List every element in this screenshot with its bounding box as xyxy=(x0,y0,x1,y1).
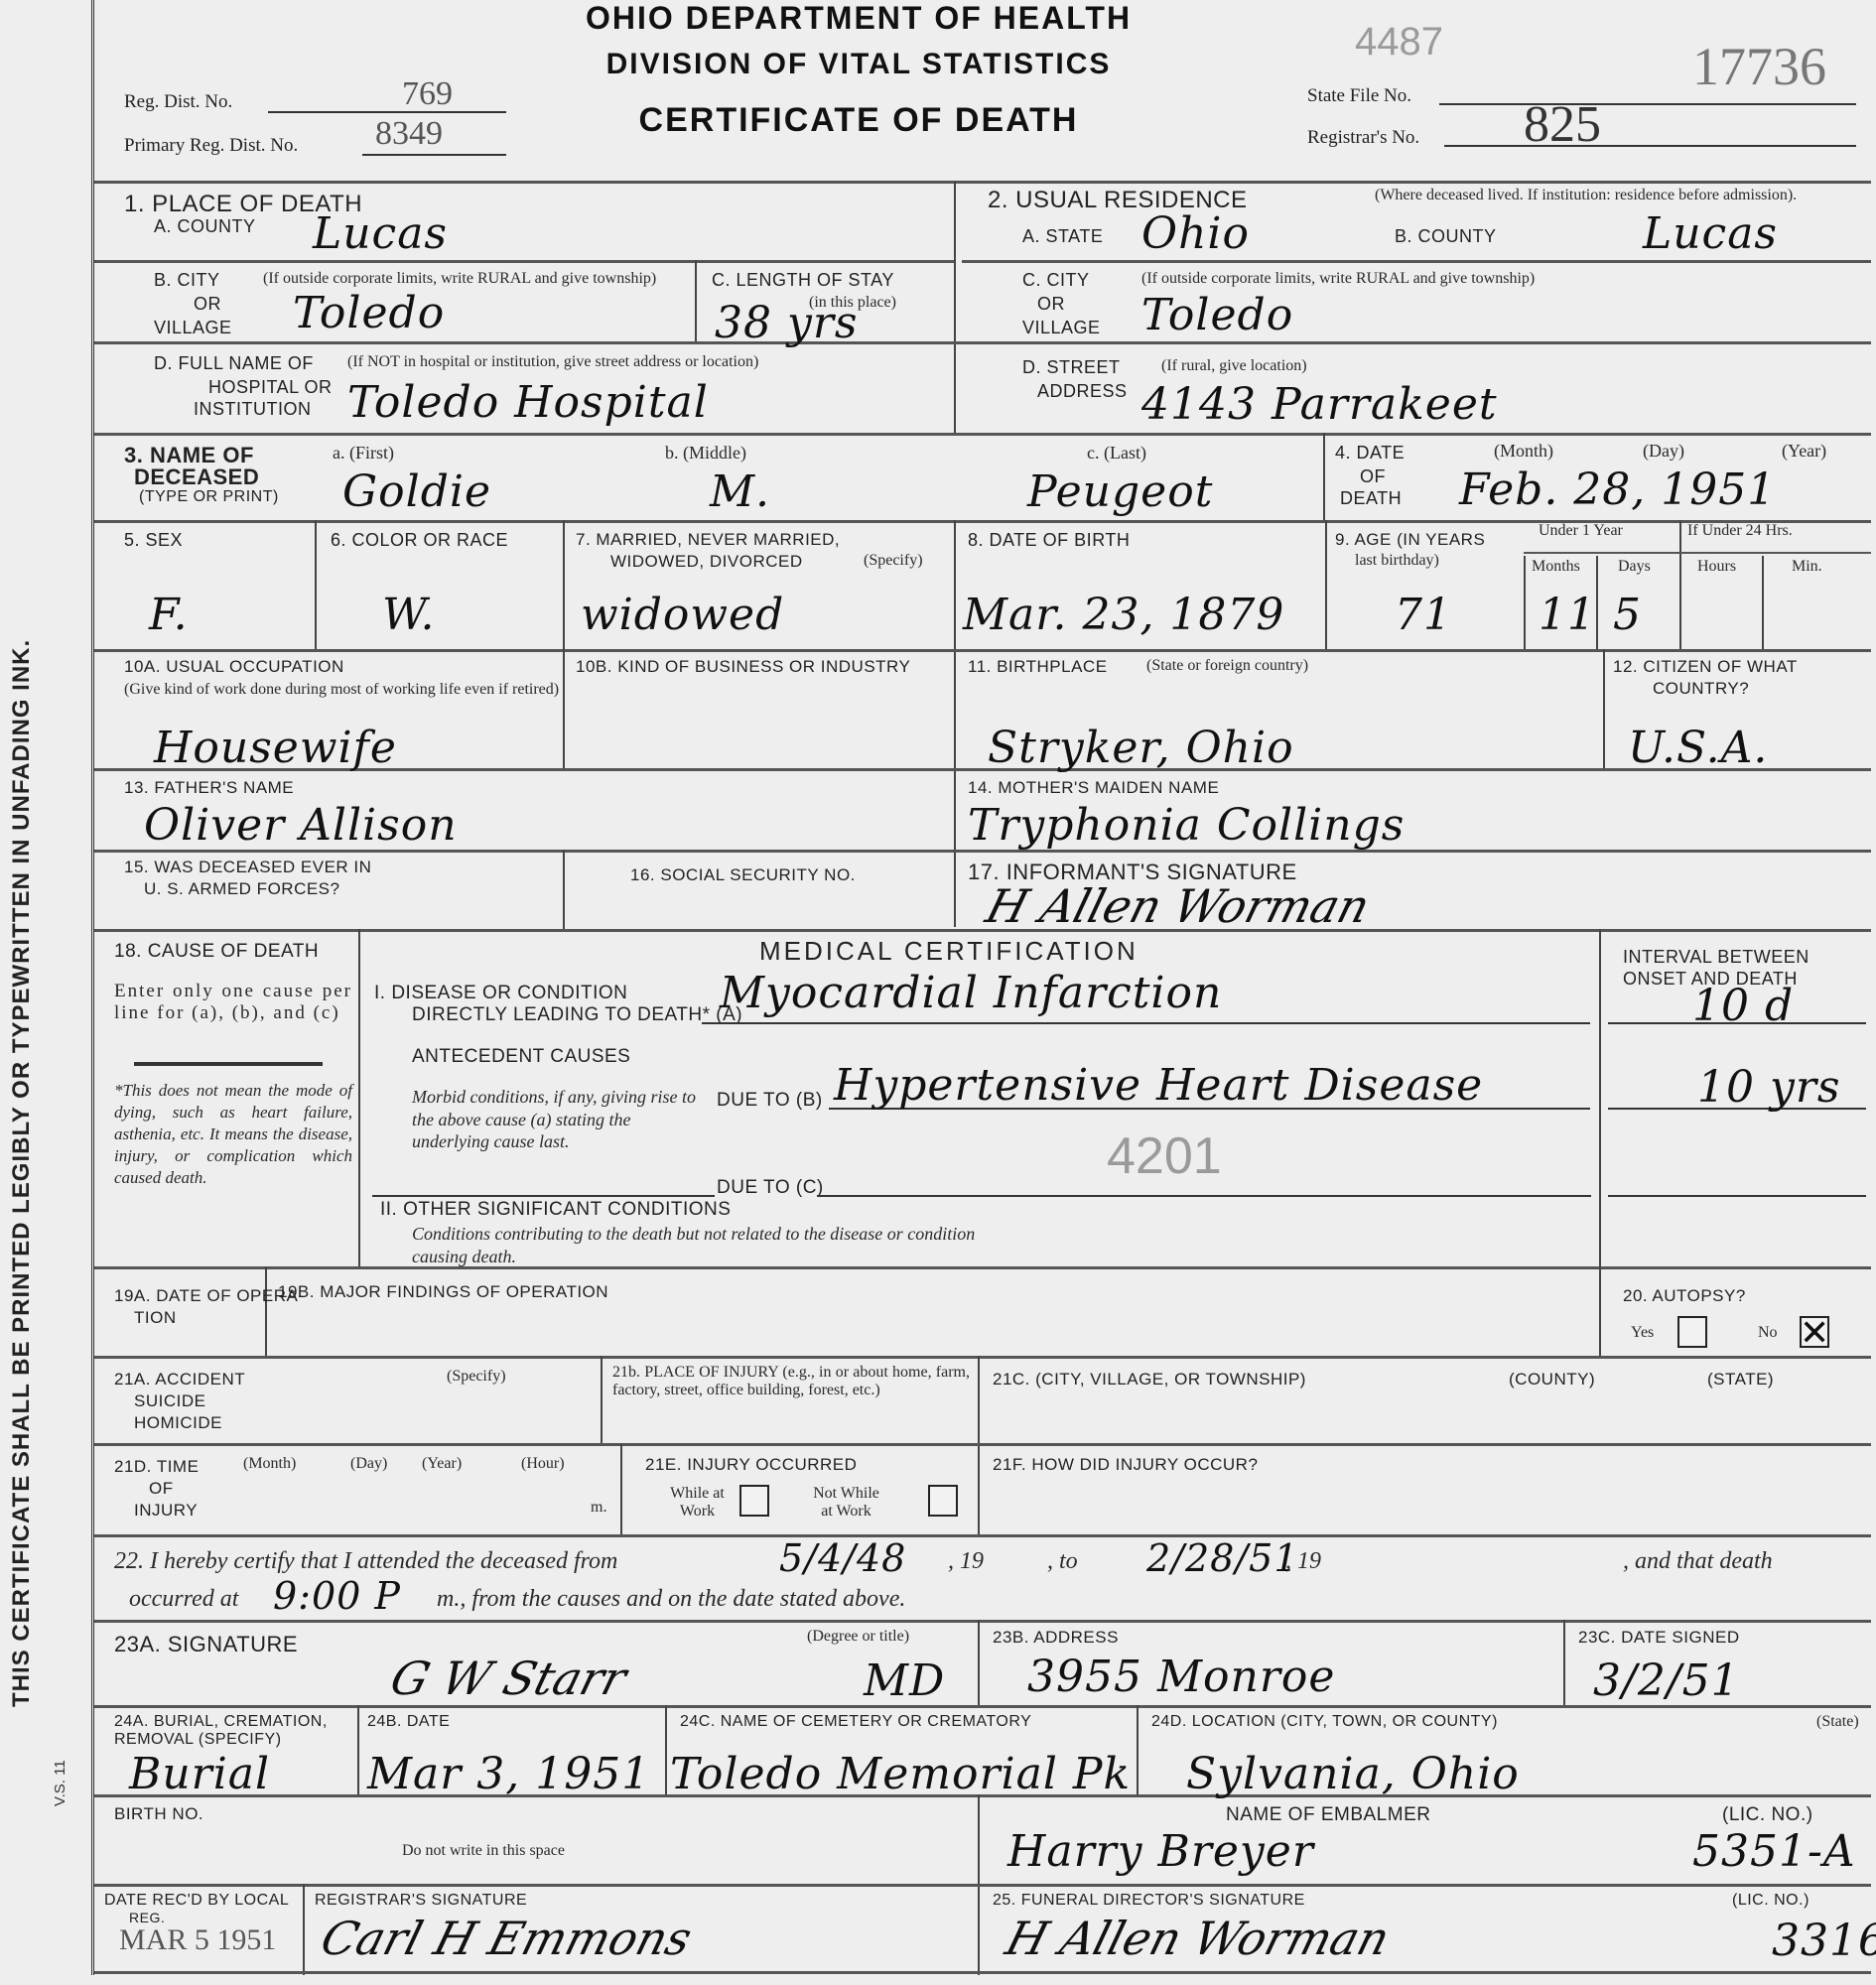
date-of-birth-value[interactable]: Mar. 23, 1879 xyxy=(963,590,1284,640)
mother-name-value[interactable]: Tryphonia Collings xyxy=(968,800,1405,851)
suicide-label: SUICIDE xyxy=(134,1391,205,1411)
city-hint: (If outside corporate limits, write RURA… xyxy=(263,270,680,288)
registrar-signature[interactable]: Carl H Emmons xyxy=(316,1912,698,1965)
funeral-director-signature[interactable]: H Allen Worman xyxy=(1001,1912,1396,1965)
citizen-value[interactable]: U.S.A. xyxy=(1628,723,1768,773)
months-value[interactable]: 11 xyxy=(1539,590,1596,640)
registrar-no-label: Registrar's No. xyxy=(1307,127,1419,149)
marital-label-2: WIDOWED, DIVORCED xyxy=(610,552,803,572)
mother-name-label: 14. MOTHER'S MAIDEN NAME xyxy=(968,778,1219,798)
injury-time-injury-label: INJURY xyxy=(134,1501,198,1521)
medical-certification-header: MEDICAL CERTIFICATION xyxy=(759,937,1139,967)
primary-reg-dist-value[interactable]: 8349 xyxy=(375,115,443,153)
usual-residence-hint: (Where deceased lived. If institution: r… xyxy=(1375,187,1861,204)
certificate-title: CERTIFICATE OF DEATH xyxy=(561,101,1156,140)
margin-instruction: THIS CERTIFICATE SHALL BE PRINTED LEGIBL… xyxy=(8,1677,36,1707)
year-label: (Year) xyxy=(1782,441,1826,462)
department-title: OHIO DEPARTMENT OF HEALTH xyxy=(561,0,1156,37)
injury-day-label: (Day) xyxy=(350,1455,387,1473)
pencil-cause-code: 4201 xyxy=(1107,1126,1222,1186)
cause-of-death-label: 18. CAUSE OF DEATH xyxy=(114,941,319,963)
occupation-value[interactable]: Housewife xyxy=(154,723,397,773)
burial-date-label: 24b. DATE xyxy=(367,1713,450,1731)
occupation-hint: (Give kind of work done during most of w… xyxy=(124,681,561,699)
injury-hour-label: (Hour) xyxy=(521,1455,565,1473)
funeral-lic-value[interactable]: 3316 xyxy=(1772,1916,1876,1966)
under-24-hrs-label: If Under 24 Hrs. xyxy=(1687,522,1793,540)
other-conditions-hint: Conditions contributing to the death but… xyxy=(412,1223,1007,1267)
injury-specify-label: (Specify) xyxy=(447,1368,506,1386)
attended-from-value[interactable]: 5/4/48 xyxy=(779,1536,906,1580)
autopsy-yes-label: Yes xyxy=(1631,1324,1654,1342)
degree-value[interactable]: MD xyxy=(864,1655,945,1706)
date-of-death-value[interactable]: Feb. 28, 1951 xyxy=(1459,464,1776,515)
attended-to-label: , to xyxy=(1047,1548,1078,1576)
street-label: d. STREET xyxy=(1022,357,1121,378)
middle-name-value[interactable]: M. xyxy=(710,466,770,517)
res-county-value[interactable]: Lucas xyxy=(1643,208,1778,259)
days-value[interactable]: 5 xyxy=(1613,590,1642,640)
res-city-label: c. CITY xyxy=(1022,270,1090,291)
min-label: Min. xyxy=(1792,558,1822,576)
reg-dist-value[interactable]: 769 xyxy=(402,75,453,113)
father-name-value[interactable]: Oliver Allison xyxy=(144,800,458,851)
date-signed-value[interactable]: 3/2/51 xyxy=(1593,1655,1740,1706)
race-label: 6. COLOR OR RACE xyxy=(331,530,508,551)
date-of-death-label: 4. DATE xyxy=(1335,443,1405,463)
division-title: DIVISION OF VITAL STATISTICS xyxy=(561,48,1156,81)
embalmer-label: NAME OF EMBALMER xyxy=(1226,1804,1430,1826)
autopsy-no-checkbox[interactable] xyxy=(1800,1316,1829,1348)
street-hint: (If rural, give location) xyxy=(1161,357,1307,375)
county-label: a. COUNTY xyxy=(154,216,256,237)
institution-label: INSTITUTION xyxy=(194,399,312,420)
form-code: V.S. 11 xyxy=(52,1760,68,1806)
part1-label-2: DIRECTLY LEADING TO DEATH* (a) xyxy=(412,1004,742,1026)
injury-county-label: (COUNTY) xyxy=(1509,1370,1595,1389)
burial-location-value[interactable]: Sylvania, Ohio xyxy=(1186,1749,1520,1799)
date-of-birth-label: 8. DATE OF BIRTH xyxy=(968,530,1130,551)
injury-time-of-label: OF xyxy=(149,1479,174,1499)
date-received-stamp: MAR 5 1951 xyxy=(119,1923,276,1957)
cause-b-value[interactable]: Hypertensive Heart Disease xyxy=(834,1060,1483,1111)
informant-signature[interactable]: H Allen Worman xyxy=(981,879,1376,933)
injury-time-label: 21d. TIME xyxy=(114,1457,199,1477)
ssn-label: 16. SOCIAL SECURITY NO. xyxy=(630,865,856,885)
res-city-hint: (If outside corporate limits, write RURA… xyxy=(1141,270,1535,288)
other-conditions-label: II. OTHER SIGNIFICANT CONDITIONS xyxy=(380,1199,731,1221)
physician-signature[interactable]: G W Starr xyxy=(385,1652,632,1705)
last-name-value[interactable]: Peugeot xyxy=(1027,466,1213,517)
injury-year-label: (Year) xyxy=(422,1455,462,1473)
type-or-print-label: (TYPE OR PRINT) xyxy=(139,488,279,506)
operation-date-label: 19a. DATE OF OPERA- xyxy=(114,1286,305,1306)
while-at-work-checkbox[interactable] xyxy=(739,1485,769,1517)
length-of-stay-value[interactable]: 38 yrs xyxy=(715,298,858,348)
citizen-label: 12. CITIZEN OF WHAT xyxy=(1613,657,1798,677)
due-to-b-label: DUE TO (b) xyxy=(717,1090,823,1112)
birth-no-label: BIRTH NO. xyxy=(114,1804,203,1824)
certify-text: 22. I hereby certify that I attended the… xyxy=(114,1548,617,1576)
physician-address-label: 23b. ADDRESS xyxy=(993,1628,1119,1648)
antecedent-causes-label: ANTECEDENT CAUSES xyxy=(412,1046,630,1068)
operation-findings-label: 19b. MAJOR FINDINGS OF OPERATION xyxy=(278,1282,608,1302)
days-label: Days xyxy=(1618,558,1651,576)
street-value[interactable]: 4143 Parrakeet xyxy=(1141,379,1498,430)
marital-hint: (Specify) xyxy=(864,552,923,570)
death-city-value[interactable]: Toledo xyxy=(293,288,445,338)
burial-date-value[interactable]: Mar 3, 1951 xyxy=(367,1749,650,1799)
interval-a-value[interactable]: 10 d xyxy=(1692,981,1794,1031)
physician-signature-label: 23a. SIGNATURE xyxy=(114,1632,298,1656)
age-label: 9. AGE (In years xyxy=(1335,530,1485,550)
deceased-label: DECEASED xyxy=(134,464,259,489)
state-file-value[interactable]: 17736 xyxy=(1692,36,1826,97)
part1-label: I. DISEASE OR CONDITION xyxy=(374,983,627,1004)
date-signed-label: 23c. DATE SIGNED xyxy=(1578,1628,1740,1648)
birthplace-hint: (State or foreign country) xyxy=(1146,657,1308,675)
months-label: Months xyxy=(1532,558,1580,576)
sex-label: 5. SEX xyxy=(124,530,183,551)
homicide-label: HOMICIDE xyxy=(134,1413,222,1433)
hospital-value[interactable]: Toledo Hospital xyxy=(347,377,709,428)
autopsy-no-label: No xyxy=(1758,1324,1778,1342)
cause-instruction: Enter only one cause per line for (a), (… xyxy=(114,981,352,1024)
res-county-label: b. COUNTY xyxy=(1395,226,1497,247)
injury-place-label: 21b. PLACE OF INJURY (e.g., in or about … xyxy=(612,1364,970,1400)
death-label: DEATH xyxy=(1340,488,1402,509)
sex-value[interactable]: F. xyxy=(149,590,189,640)
primary-reg-dist-label: Primary Reg. Dist. No. xyxy=(124,135,298,157)
res-village-label: VILLAGE xyxy=(1022,318,1101,338)
due-to-c-label: DUE TO (c) xyxy=(717,1177,824,1199)
pencil-note: 4487 xyxy=(1355,20,1443,65)
embalmer-lic-label: (LIC. NO.) xyxy=(1722,1804,1813,1826)
age-value[interactable]: 71 xyxy=(1395,590,1452,640)
citizen-label-2: COUNTRY? xyxy=(1653,679,1749,699)
occupation-label: 10a. USUAL OCCUPATION xyxy=(124,657,344,677)
res-city-value[interactable]: Toledo xyxy=(1141,290,1293,340)
burial-location-label: 24d. LOCATION (City, town, or county) xyxy=(1151,1713,1498,1731)
occurred-at-label: occurred at xyxy=(129,1586,238,1614)
operation-date-label-2: TION xyxy=(134,1308,177,1328)
embalmer-name-value[interactable]: Harry Breyer xyxy=(1007,1826,1314,1877)
month-label: (Month) xyxy=(1494,441,1553,462)
village-label: VILLAGE xyxy=(154,318,232,338)
business-label: 10b. KIND OF BUSINESS OR INDUSTRY xyxy=(576,657,943,677)
hours-label: Hours xyxy=(1697,558,1736,576)
hospital-label: d. FULL NAME OF xyxy=(154,353,314,374)
hospital-label-2: HOSPITAL OR xyxy=(208,377,333,398)
not-while-at-work-checkbox[interactable] xyxy=(928,1485,958,1517)
death-certificate-form: OHIO DEPARTMENT OF HEALTH DIVISION OF VI… xyxy=(91,0,1873,1975)
res-state-value[interactable]: Ohio xyxy=(1141,208,1250,259)
injury-city-label: 21c. (CITY, VILLAGE, OR TOWNSHIP) xyxy=(993,1370,1306,1389)
autopsy-yes-checkbox[interactable] xyxy=(1677,1316,1707,1348)
while-at-work-label: While at Work xyxy=(660,1485,735,1522)
armed-forces-label: 15. WAS DECEASED EVER IN xyxy=(124,858,371,877)
cemetery-label: 24c. NAME OF CEMETERY OR CREMATORY xyxy=(680,1713,1031,1731)
how-injury-occurred-label: 21f. HOW DID INJURY OCCUR? xyxy=(993,1455,1258,1475)
embalmer-lic-value[interactable]: 5351-A xyxy=(1692,1826,1856,1877)
address-label: ADDRESS xyxy=(1037,381,1128,402)
autopsy-label: 20. AUTOPSY? xyxy=(1623,1286,1746,1306)
marital-status-value[interactable]: widowed xyxy=(581,590,784,640)
degree-label: (Degree or title) xyxy=(807,1628,909,1646)
res-city-or-label: OR xyxy=(1037,294,1065,315)
interval-b-value[interactable]: 10 yrs xyxy=(1697,1062,1840,1113)
funeral-lic-label: (LIC. NO.) xyxy=(1732,1892,1809,1910)
death-county-value[interactable]: Lucas xyxy=(313,208,448,259)
under-1-year-label: Under 1 Year xyxy=(1539,522,1623,540)
injury-occurred-label: 21e. INJURY OCCURRED xyxy=(645,1455,857,1475)
causes-text: m., from the causes and on the date stat… xyxy=(437,1586,905,1614)
date-received-label: DATE REC'D BY LOCAL xyxy=(104,1892,289,1910)
cause-footnote: *This does not mean the mode of dying, s… xyxy=(114,1080,352,1189)
middle-name-label: b. (Middle) xyxy=(665,443,746,463)
race-value[interactable]: W. xyxy=(382,590,436,640)
armed-forces-label-2: U. S. ARMED FORCES? xyxy=(144,879,339,899)
cause-a-value[interactable]: Myocardial Infarction xyxy=(720,968,1222,1018)
registrar-signature-label: REGISTRAR'S SIGNATURE xyxy=(315,1892,527,1910)
year-19-label-2: , 19 xyxy=(1285,1548,1321,1576)
time-of-death-value[interactable]: 9:00 P xyxy=(273,1574,401,1618)
father-name-label: 13. FATHER'S NAME xyxy=(124,778,294,798)
injury-state-label: (STATE) xyxy=(1707,1370,1774,1389)
first-name-value[interactable]: Goldie xyxy=(342,466,491,517)
day-label: (Day) xyxy=(1643,441,1684,462)
year-19-label: , 19 xyxy=(948,1548,984,1576)
marital-label: 7. MARRIED, NEVER MARRIED, xyxy=(576,530,840,550)
registrar-no-value[interactable]: 825 xyxy=(1524,95,1601,154)
burial-type-label: 24a. BURIAL, CREMATION, REMOVAL (Specify… xyxy=(114,1713,352,1750)
city-or-label: OR xyxy=(194,294,221,315)
do-not-write-label: Do not write in this space xyxy=(402,1842,565,1860)
funeral-director-label: 25. FUNERAL DIRECTOR'S SIGNATURE xyxy=(993,1892,1305,1910)
burial-type-value[interactable]: Burial xyxy=(129,1749,270,1799)
birthplace-value[interactable]: Stryker, Ohio xyxy=(988,723,1294,773)
cemetery-value[interactable]: Toledo Memorial Pk xyxy=(670,1749,1131,1799)
attended-to-value[interactable]: 2/28/51 xyxy=(1146,1536,1299,1580)
age-label-2: last birthday) xyxy=(1355,552,1439,570)
reg-dist-label: Reg. Dist. No. xyxy=(124,91,232,113)
injury-type-label: 21a. ACCIDENT xyxy=(114,1370,245,1389)
burial-state-label: (State) xyxy=(1816,1713,1859,1731)
physician-address-value[interactable]: 3955 Monroe xyxy=(1027,1652,1335,1702)
first-name-label: a. (First) xyxy=(333,443,394,463)
hospital-hint: (If NOT in hospital or institution, give… xyxy=(347,353,943,371)
res-state-label: a. STATE xyxy=(1022,226,1103,247)
length-of-stay-label: c. LENGTH OF STAY xyxy=(712,270,894,291)
injury-m-label: m. xyxy=(591,1499,606,1517)
not-while-at-work-label: Not While at Work xyxy=(809,1485,883,1522)
state-file-label: State File No. xyxy=(1307,85,1411,107)
antecedent-hint: Morbid conditions, if any, giving rise t… xyxy=(412,1086,710,1153)
and-that-death-text: , and that death xyxy=(1623,1548,1773,1576)
city-label: b. CITY xyxy=(154,270,220,291)
last-name-label: c. (Last) xyxy=(1087,443,1146,463)
interval-label: INTERVAL BETWEEN xyxy=(1623,947,1809,968)
injury-month-label: (Month) xyxy=(243,1455,296,1473)
date-of-label: OF xyxy=(1360,466,1386,487)
birthplace-label: 11. BIRTHPLACE xyxy=(968,657,1108,677)
